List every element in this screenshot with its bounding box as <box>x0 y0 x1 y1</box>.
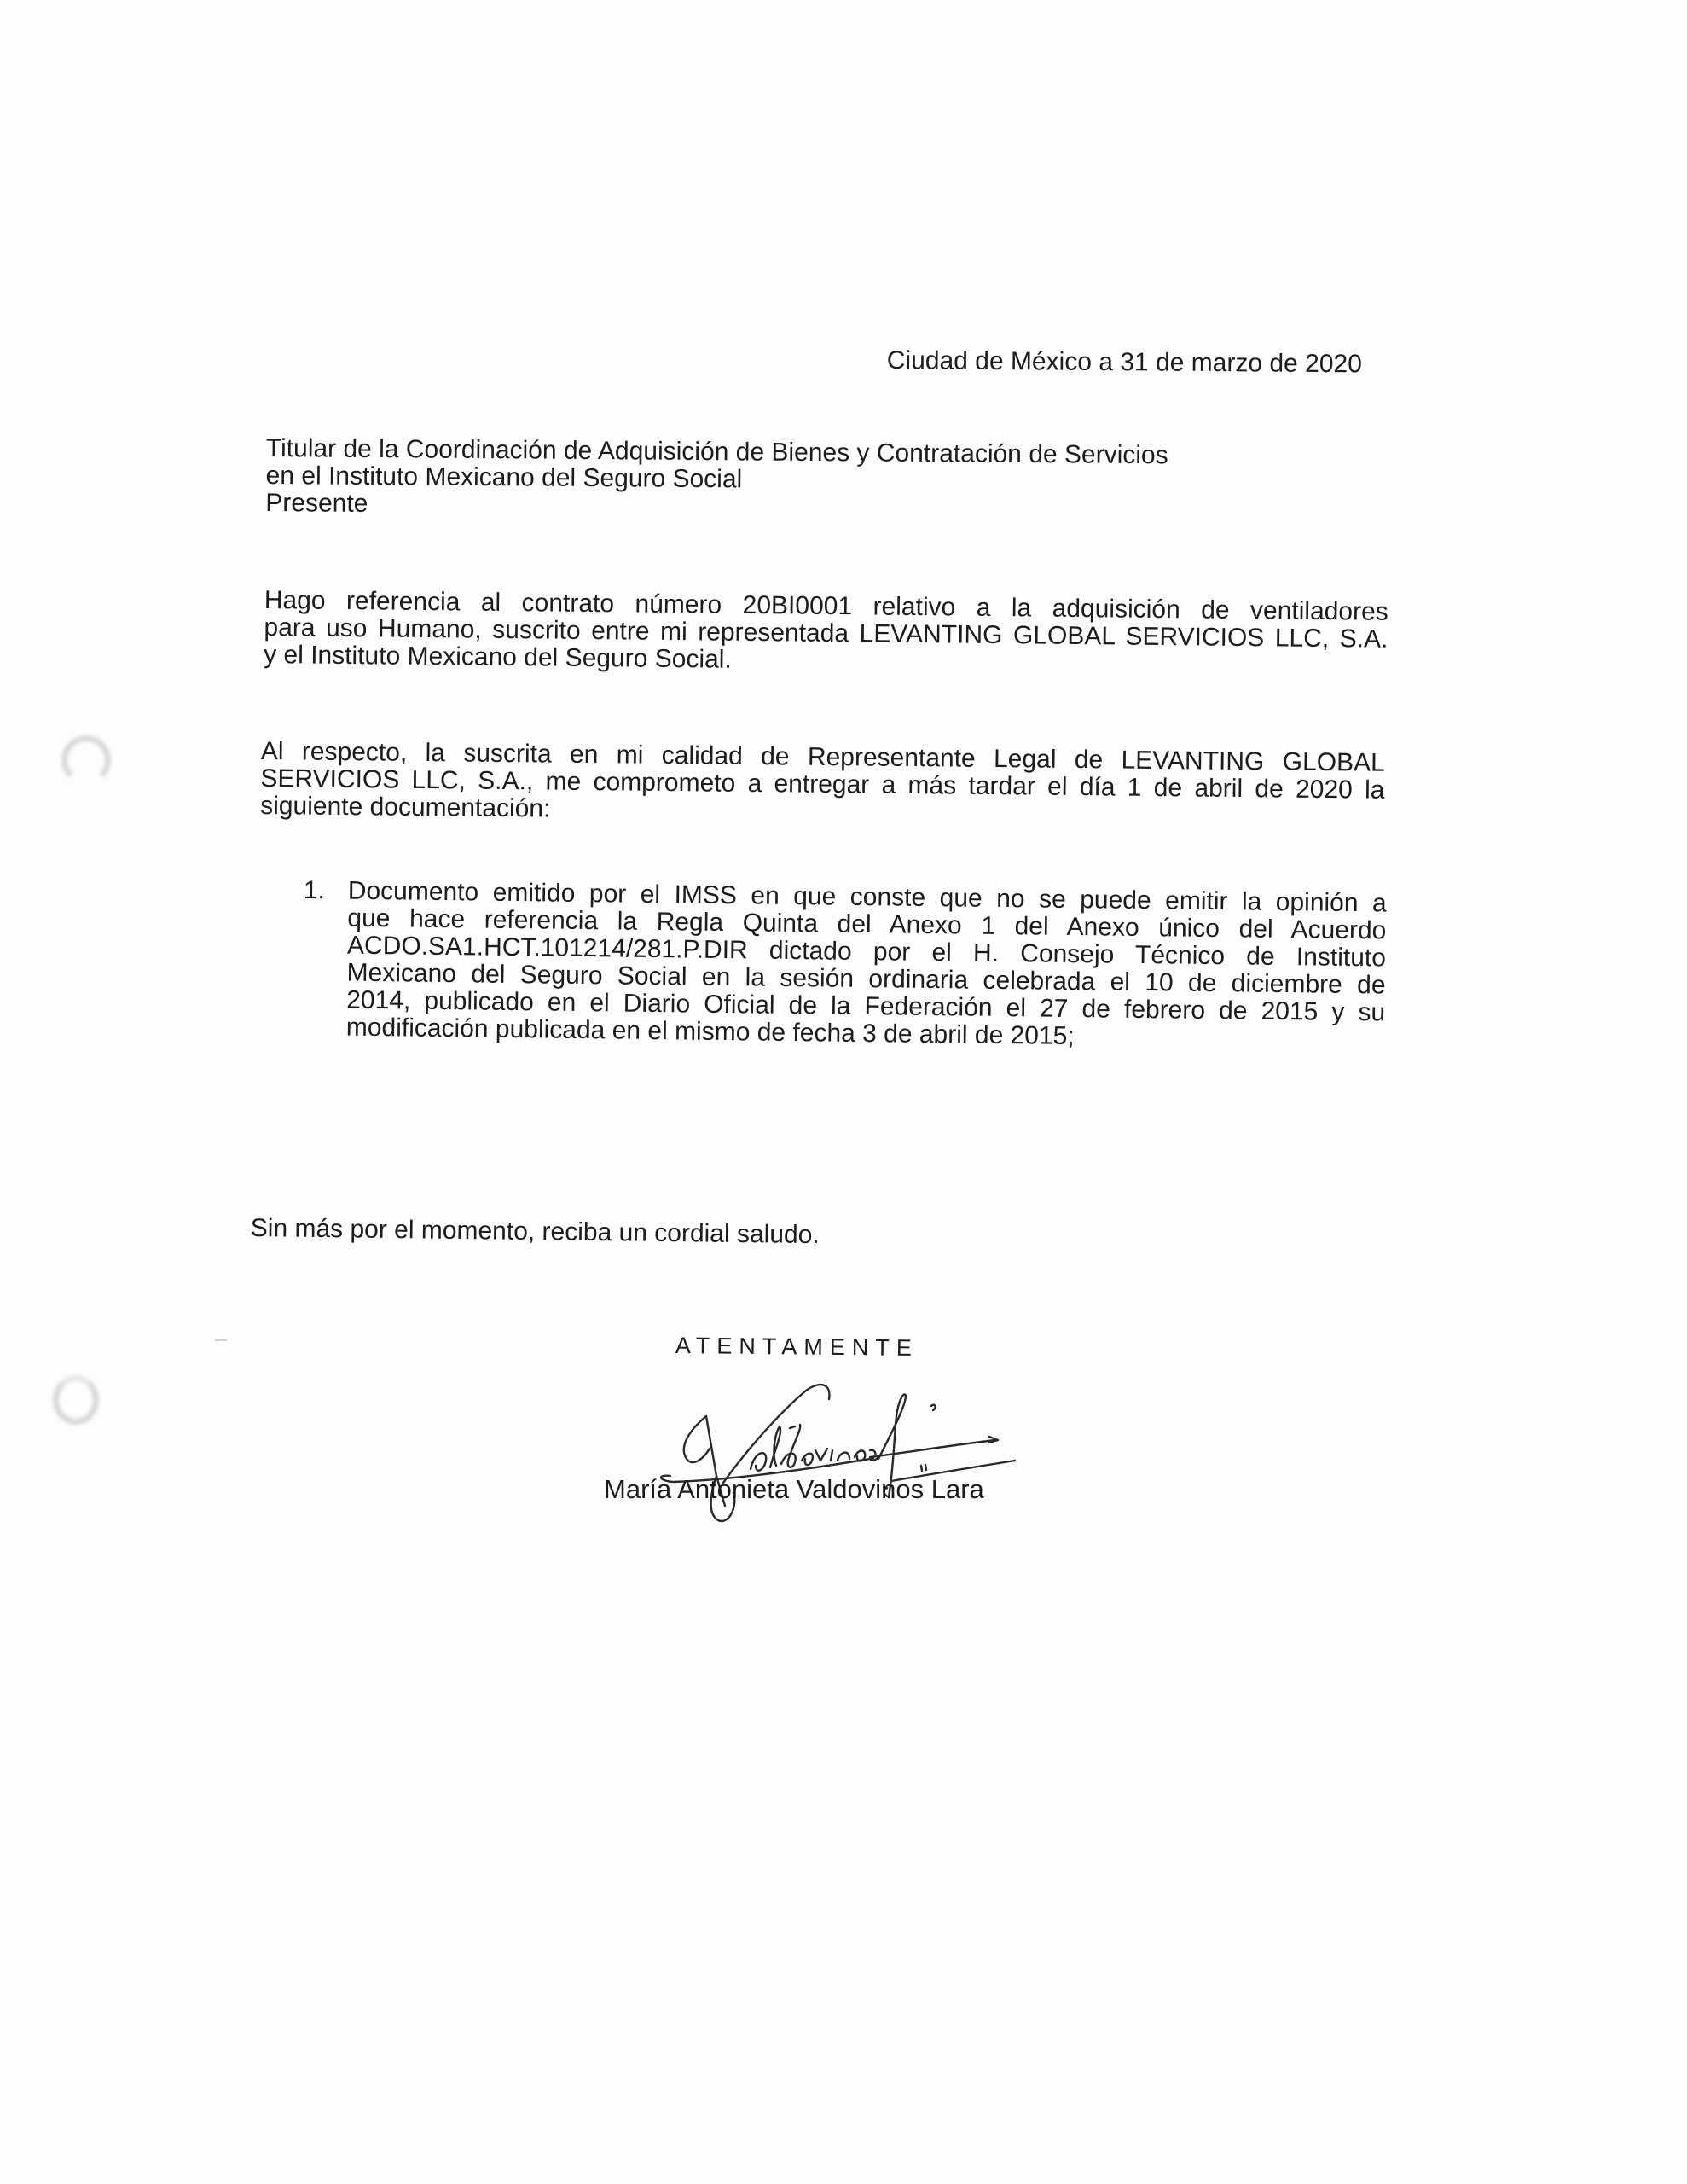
signature-block: ATENTAMENTE <box>597 1331 1058 1536</box>
place-and-date: Ciudad de México a 31 de marzo de 2020 <box>887 344 1362 381</box>
punch-hole-mark <box>53 1375 99 1425</box>
commitment-paragraph: Al respecto, la suscrita en mi calidad d… <box>260 738 1385 832</box>
list-item-body: Documento emitido por el IMSS en que con… <box>346 878 1387 1054</box>
scanned-letter-page: Ciudad de México a 31 de marzo de 2020 T… <box>0 0 1687 2184</box>
scan-artifact <box>215 1339 227 1341</box>
closing-line: Sin más por el momento, reciba un cordia… <box>251 1211 820 1252</box>
punch-hole-mark <box>61 735 111 785</box>
document-list-item: 1. Documento emitido por el IMSS en que … <box>304 877 1387 891</box>
handwritten-signature-icon <box>597 1331 1058 1536</box>
list-item-number: 1. <box>304 877 325 904</box>
signer-name: María Antonieta Valdovinos Lara <box>604 1474 984 1505</box>
addressee-block: Titular de la Coordinación de Adquisició… <box>265 435 1168 524</box>
reference-paragraph: Hago referencia al contrato número 20BI0… <box>264 587 1388 681</box>
